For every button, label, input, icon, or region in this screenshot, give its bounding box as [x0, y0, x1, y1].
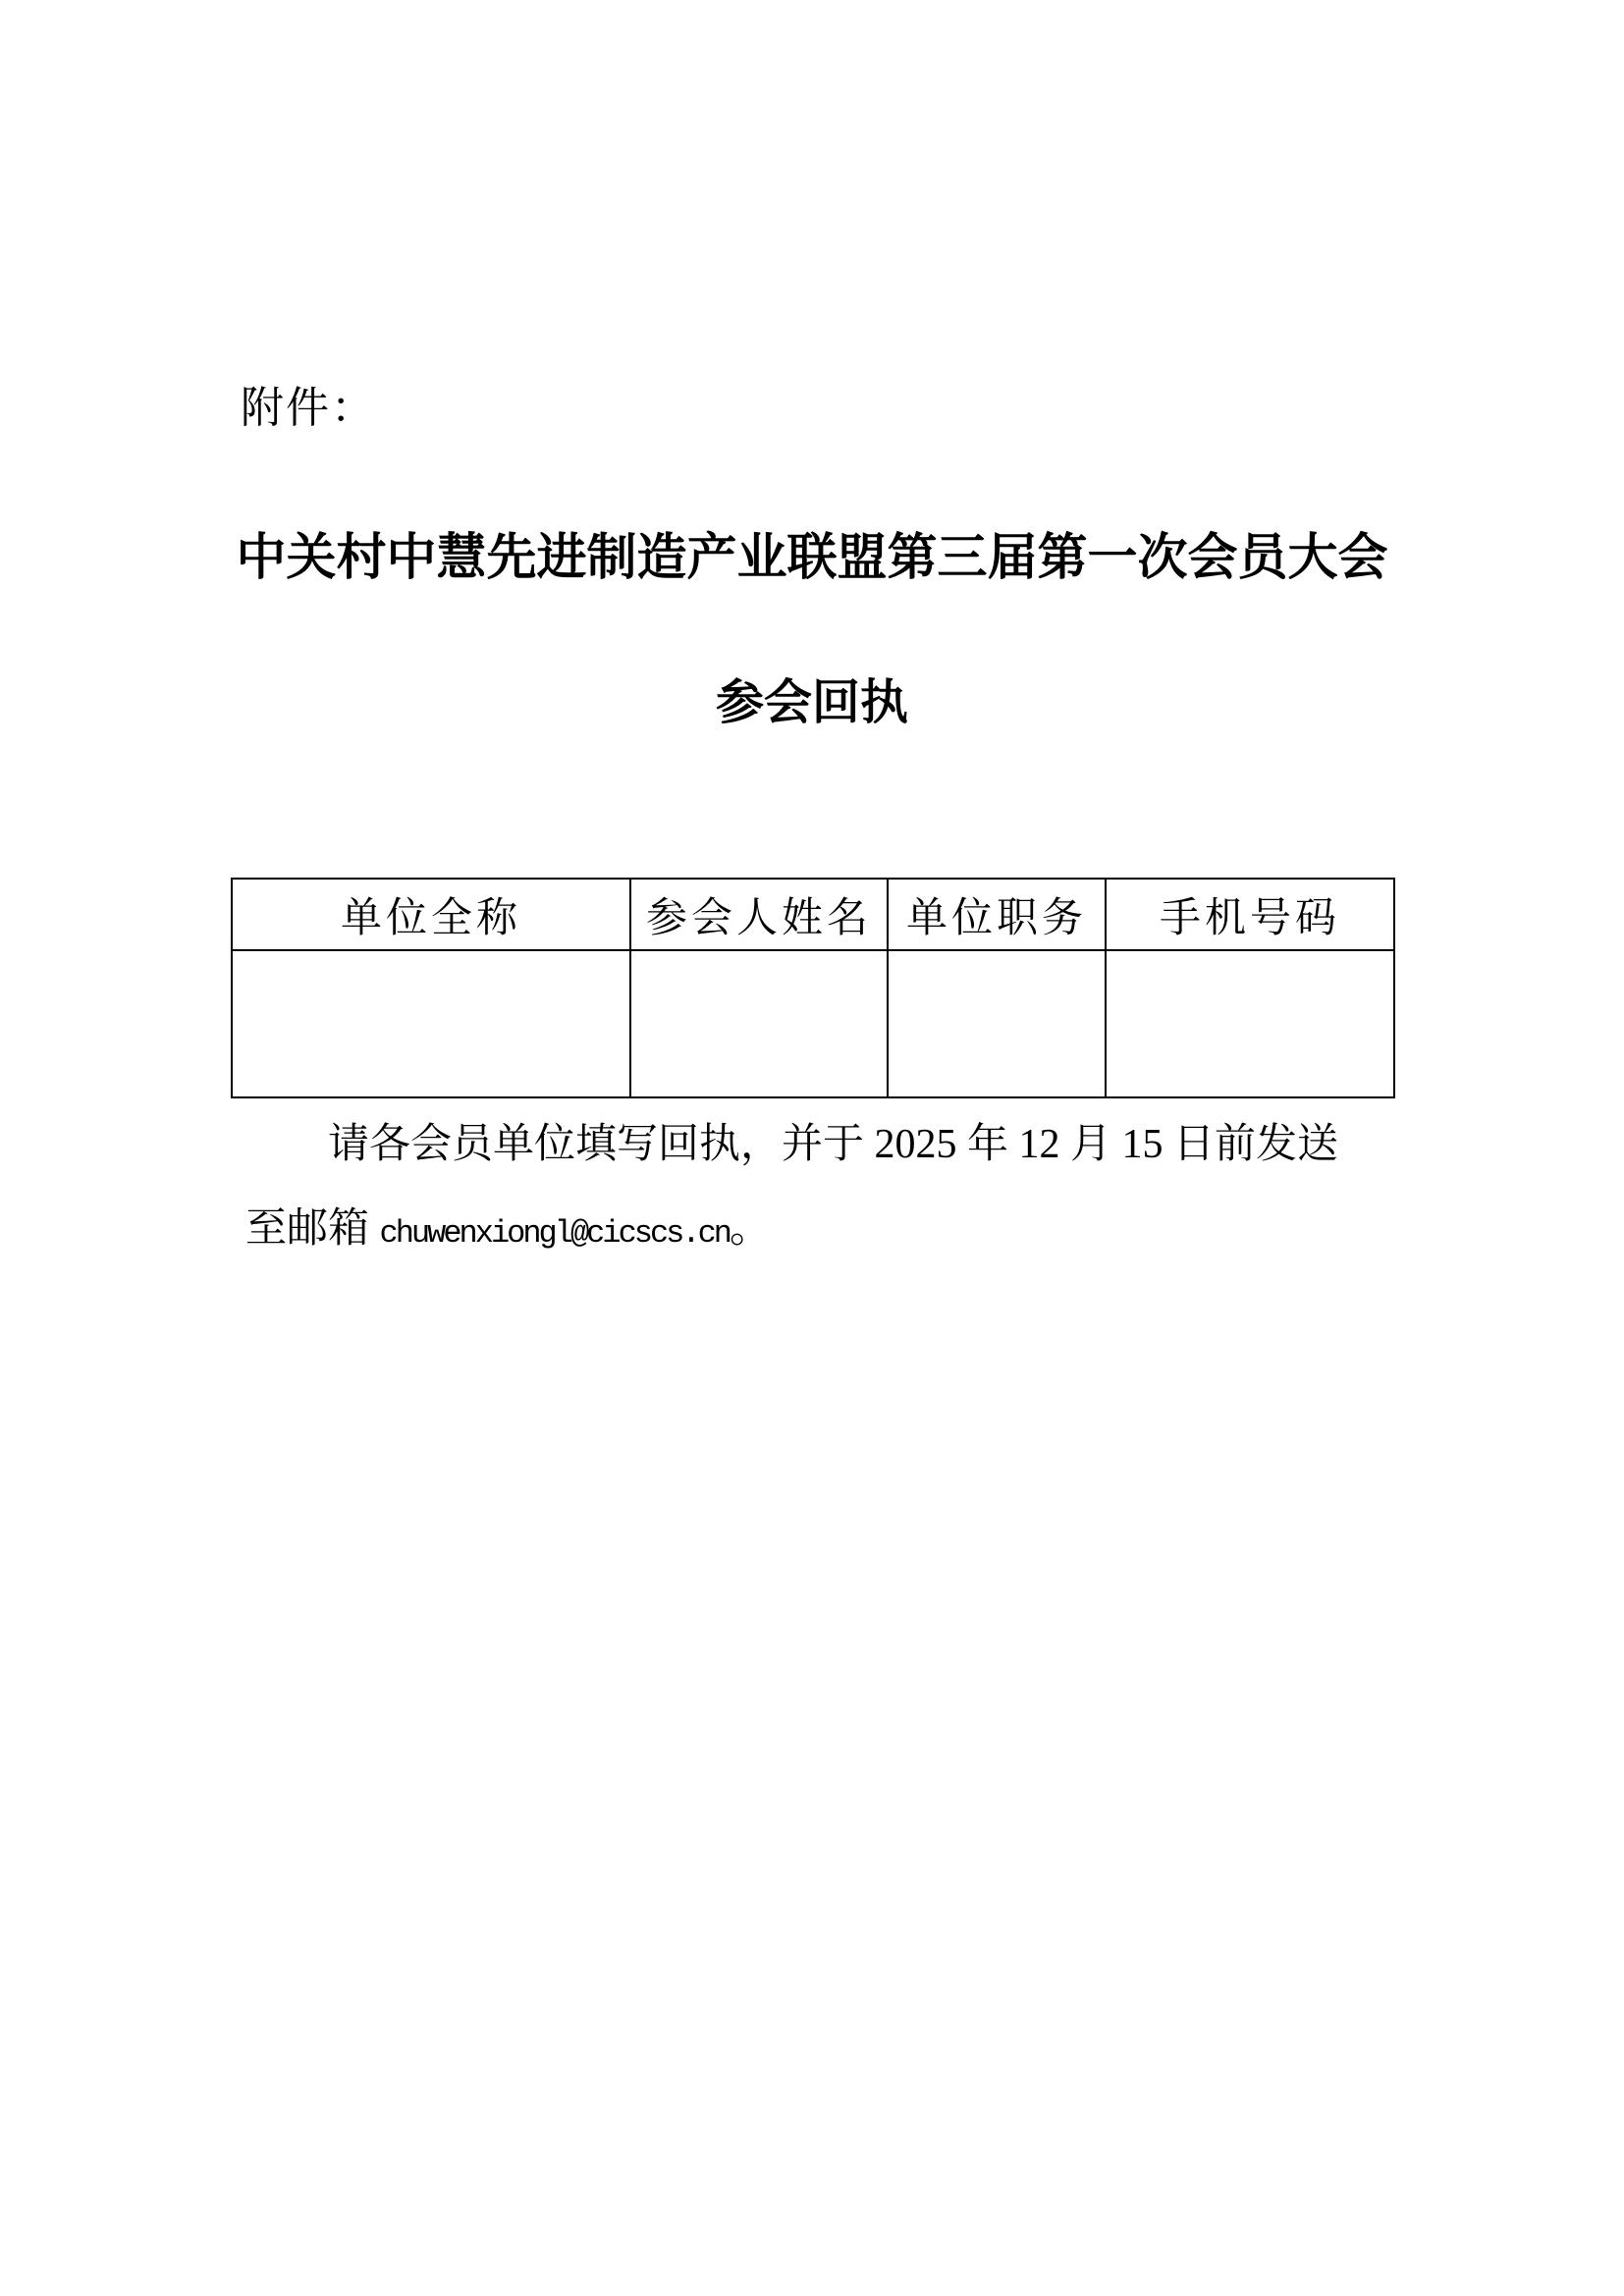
cell-attendee-name	[630, 950, 888, 1097]
cell-mobile-number	[1106, 950, 1394, 1097]
document-title: 中关村中慧先进制造产业联盟第三届第一次会员大会	[0, 530, 1624, 585]
email-address: chuwenxiongl@cicscs.cn	[380, 1215, 730, 1252]
reply-table: 单位全称 参会人姓名 单位职务 手机号码	[231, 878, 1395, 1098]
document-subtitle: 参会回执	[0, 677, 1624, 730]
note-line2-prefix: 至邮箱	[245, 1206, 380, 1252]
table-row	[232, 950, 1394, 1097]
note-line-2: 至邮箱 chuwenxiongl@cicscs.cn。	[245, 1187, 1389, 1276]
header-cell-unit-name: 单位全称	[232, 879, 630, 950]
header-cell-job-title: 单位职务	[888, 879, 1106, 950]
attachment-label: 附件：	[241, 384, 376, 434]
document-page: 附件： 中关村中慧先进制造产业联盟第三届第一次会员大会 参会回执 单位全称 参会…	[0, 0, 1624, 2296]
header-cell-attendee-name: 参会人姓名	[630, 879, 888, 950]
table-header-row: 单位全称 参会人姓名 单位职务 手机号码	[232, 879, 1394, 950]
note-line-1: 请各会员单位填写回执，并于 2025 年 12 月 15 日前发送	[245, 1102, 1389, 1187]
note-paragraph: 请各会员单位填写回执，并于 2025 年 12 月 15 日前发送 至邮箱 ch…	[245, 1102, 1389, 1276]
cell-unit-name	[232, 950, 630, 1097]
cell-job-title	[888, 950, 1106, 1097]
note-line2-suffix: 。	[730, 1206, 771, 1252]
header-cell-mobile-number: 手机号码	[1106, 879, 1394, 950]
